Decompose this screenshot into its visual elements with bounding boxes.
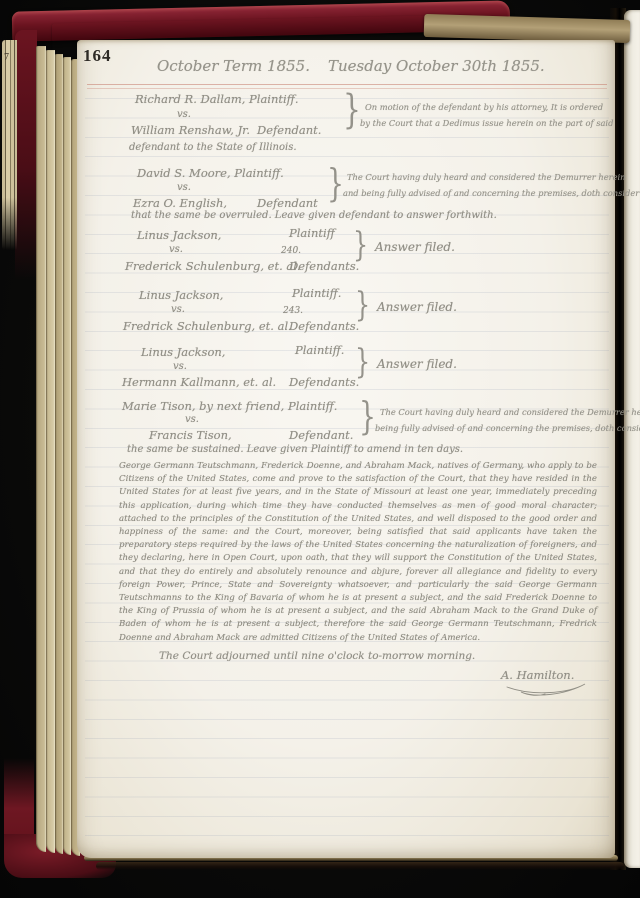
term-heading: October Term 1855. <box>157 57 310 75</box>
order-text-line1: The Court having duly heard and consider… <box>380 407 640 417</box>
case-brace: } <box>353 228 368 262</box>
case-entry-jackson-v-schulenburg-243: Linus Jackson, Plaintiff. vs. 243. Fredr… <box>77 286 615 344</box>
order-text-line2: by the Court that a Dedimus issue herein… <box>360 118 613 128</box>
session-date: Tuesday October 30th 1855. <box>328 57 545 75</box>
case-brace: } <box>355 288 370 322</box>
versus-label: vs. <box>177 109 191 120</box>
plaintiff-label: Plaintiff. <box>292 286 341 300</box>
page-header: October Term 1855. Tuesday October 30th … <box>157 57 545 75</box>
protruding-page-edges <box>2 40 17 250</box>
case-entry-jackson-v-kallmann: Linus Jackson, Plaintiff. vs. Hermann Ka… <box>77 343 615 399</box>
plaintiff-name: Marie Tison, by next friend, Plaintiff. <box>122 399 337 413</box>
order-continuation: that the same be overruled. Leave given … <box>131 210 497 221</box>
defendant-name: Fredrick Schulenburg, et. al. <box>123 319 292 333</box>
plaintiff-name: Linus Jackson, <box>137 228 221 242</box>
ruling-text: Answer filed. <box>377 300 457 314</box>
versus-label: vs. <box>171 304 185 315</box>
plaintiff-label: Plaintiff. <box>295 343 344 357</box>
defendant-name: Francis Tison, <box>149 428 232 442</box>
book-cover-left-edge-top <box>15 30 37 280</box>
adjournment-line: The Court adjourned until nine o'clock t… <box>159 650 475 662</box>
defendant-name: Hermann Kallmann, et. al. <box>122 375 276 389</box>
case-brace: } <box>355 345 370 379</box>
case-entry-tison-v-tison: Marie Tison, by next friend, Plaintiff. … <box>77 397 615 457</box>
defendant-label: Defendant <box>257 196 318 210</box>
naturalization-order-paragraph: George Germann Teutschmann, Frederick Do… <box>119 460 597 645</box>
cover-bottom-shadow <box>96 862 624 870</box>
case-entry-dallam-v-renshaw: Richard R. Dallam, Plaintiff. vs. Willia… <box>77 90 615 164</box>
versus-label: vs. <box>185 414 199 425</box>
order-text-line2: and being fully advised of and concernin… <box>343 188 639 198</box>
order-text-line1: On motion of the defendant by his attorn… <box>365 102 603 112</box>
defendant-label: Defendants. <box>289 259 359 273</box>
page-edge-strip <box>36 46 46 852</box>
defendant-label: Defendant. <box>289 428 353 442</box>
plaintiff-name: Linus Jackson, <box>139 288 223 302</box>
order-continuation: the same be sustained. Leave given Plain… <box>127 444 463 455</box>
order-continuation: defendant to the State of Illinois. <box>129 142 297 153</box>
clerk-signature: A. Hamilton. <box>501 668 574 682</box>
defendant-name: Frederick Schulenburg, et. al. <box>125 259 301 273</box>
case-entry-moore-v-english: David S. Moore, Plaintiff. vs. Ezra O. E… <box>77 164 615 226</box>
defendant-label: Defendants. <box>289 375 359 389</box>
order-text-line1: The Court having duly heard and consider… <box>347 172 625 182</box>
plaintiff-name: David S. Moore, Plaintiff. <box>137 166 284 180</box>
defendant-label: Defendant. <box>257 123 321 137</box>
page-edge-strip <box>55 54 63 854</box>
case-number: 243. <box>283 306 303 316</box>
ruling-text: Answer filed. <box>377 357 457 371</box>
facing-page-sliver <box>624 10 640 868</box>
ruling-text: Answer filed. <box>375 240 455 254</box>
order-text-line2: being fully advised of and concerning th… <box>375 423 640 433</box>
case-number: 240. <box>281 246 301 256</box>
plaintiff-name: Richard R. Dallam, Plaintiff. <box>135 92 299 106</box>
signature-flourish-icon <box>505 681 589 697</box>
stray-page-number: 7 <box>4 52 9 63</box>
page-edge-strip <box>63 57 71 855</box>
case-brace: } <box>327 164 344 202</box>
page-edge-strip <box>46 50 55 853</box>
plaintiff-label: Plaintiff <box>289 226 335 240</box>
versus-label: vs. <box>169 244 183 255</box>
case-entry-jackson-v-schulenburg-240: Linus Jackson, Plaintiff vs. 240. Freder… <box>77 226 615 284</box>
defendant-name: Ezra O. English, <box>133 196 227 210</box>
versus-label: vs. <box>173 361 187 372</box>
defendant-label: Defendants. <box>289 319 359 333</box>
case-brace: } <box>343 90 361 130</box>
page-number: 164 <box>83 46 112 66</box>
defendant-name: William Renshaw, Jr. <box>131 123 250 137</box>
plaintiff-name: Linus Jackson, <box>141 345 225 359</box>
case-brace: } <box>359 397 376 435</box>
versus-label: vs. <box>177 182 191 193</box>
ledger-page: 164 October Term 1855. Tuesday October 3… <box>77 40 615 858</box>
